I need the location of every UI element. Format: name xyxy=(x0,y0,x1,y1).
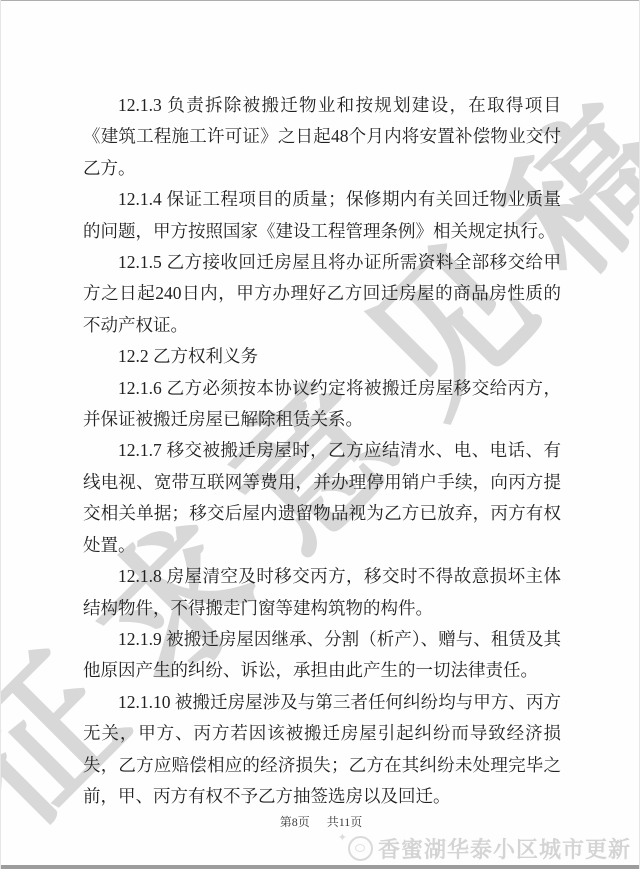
page-number-footer: 第8页 共11页 xyxy=(1,813,640,830)
contract-paragraph: 12.2 乙方权利义务 xyxy=(83,341,561,372)
contract-paragraph: 12.1.6 乙方必须按本协议约定将被搬迁房屋移交给丙方，并保证被搬迁房屋已解除… xyxy=(83,373,561,436)
account-name-label: 香蜜湖华泰小区城市更新 xyxy=(378,833,631,864)
contract-paragraph: 12.1.5 乙方接收回迁房屋且将办证所需资料全部移交给甲方之日起240日内，甲… xyxy=(83,247,561,341)
page-current-label: 第8页 xyxy=(280,815,310,829)
sparkle-icon: ✦ xyxy=(338,831,347,844)
contract-paragraph: 12.1.10 被搬迁房屋涉及与第三者任何纠纷均与甲方、丙方无关，甲方、丙方若因… xyxy=(83,687,561,813)
page-bottom-bar xyxy=(1,865,639,869)
page-total-label: 共11页 xyxy=(327,815,363,829)
contract-body: 12.1.3 负责拆除被搬迁物业和按规划建设，在取得项目《建筑工程施工许可证》之… xyxy=(83,90,561,812)
wechat-account-watermark: ✦ 香蜜湖华泰小区城市更新 xyxy=(338,833,631,864)
contract-paragraph: 12.1.7 移交被搬迁房屋时，乙方应结清水、电、电话、有线电视、宽带互联网等费… xyxy=(83,435,561,561)
scanned-contract-page: 征求意见稿 12.1.3 负责拆除被搬迁物业和按规划建设，在取得项目《建筑工程施… xyxy=(0,0,640,869)
contract-paragraph: 12.1.3 负责拆除被搬迁物业和按规划建设，在取得项目《建筑工程施工许可证》之… xyxy=(83,90,561,184)
contract-paragraph: 12.1.8 房屋清空及时移交丙方，移交时不得故意损坏主体结构物件，不得搬走门窗… xyxy=(83,561,561,624)
account-logo-icon xyxy=(348,836,373,861)
contract-paragraph: 12.1.4 保证工程项目的质量；保修期内有关回迁物业质量的问题，甲方按照国家《… xyxy=(83,184,561,247)
contract-paragraph: 12.1.9 被搬迁房屋因继承、分割（析产）、赠与、租赁及其他原因产生的纠纷、诉… xyxy=(83,624,561,687)
page-top-edge xyxy=(1,0,639,1)
